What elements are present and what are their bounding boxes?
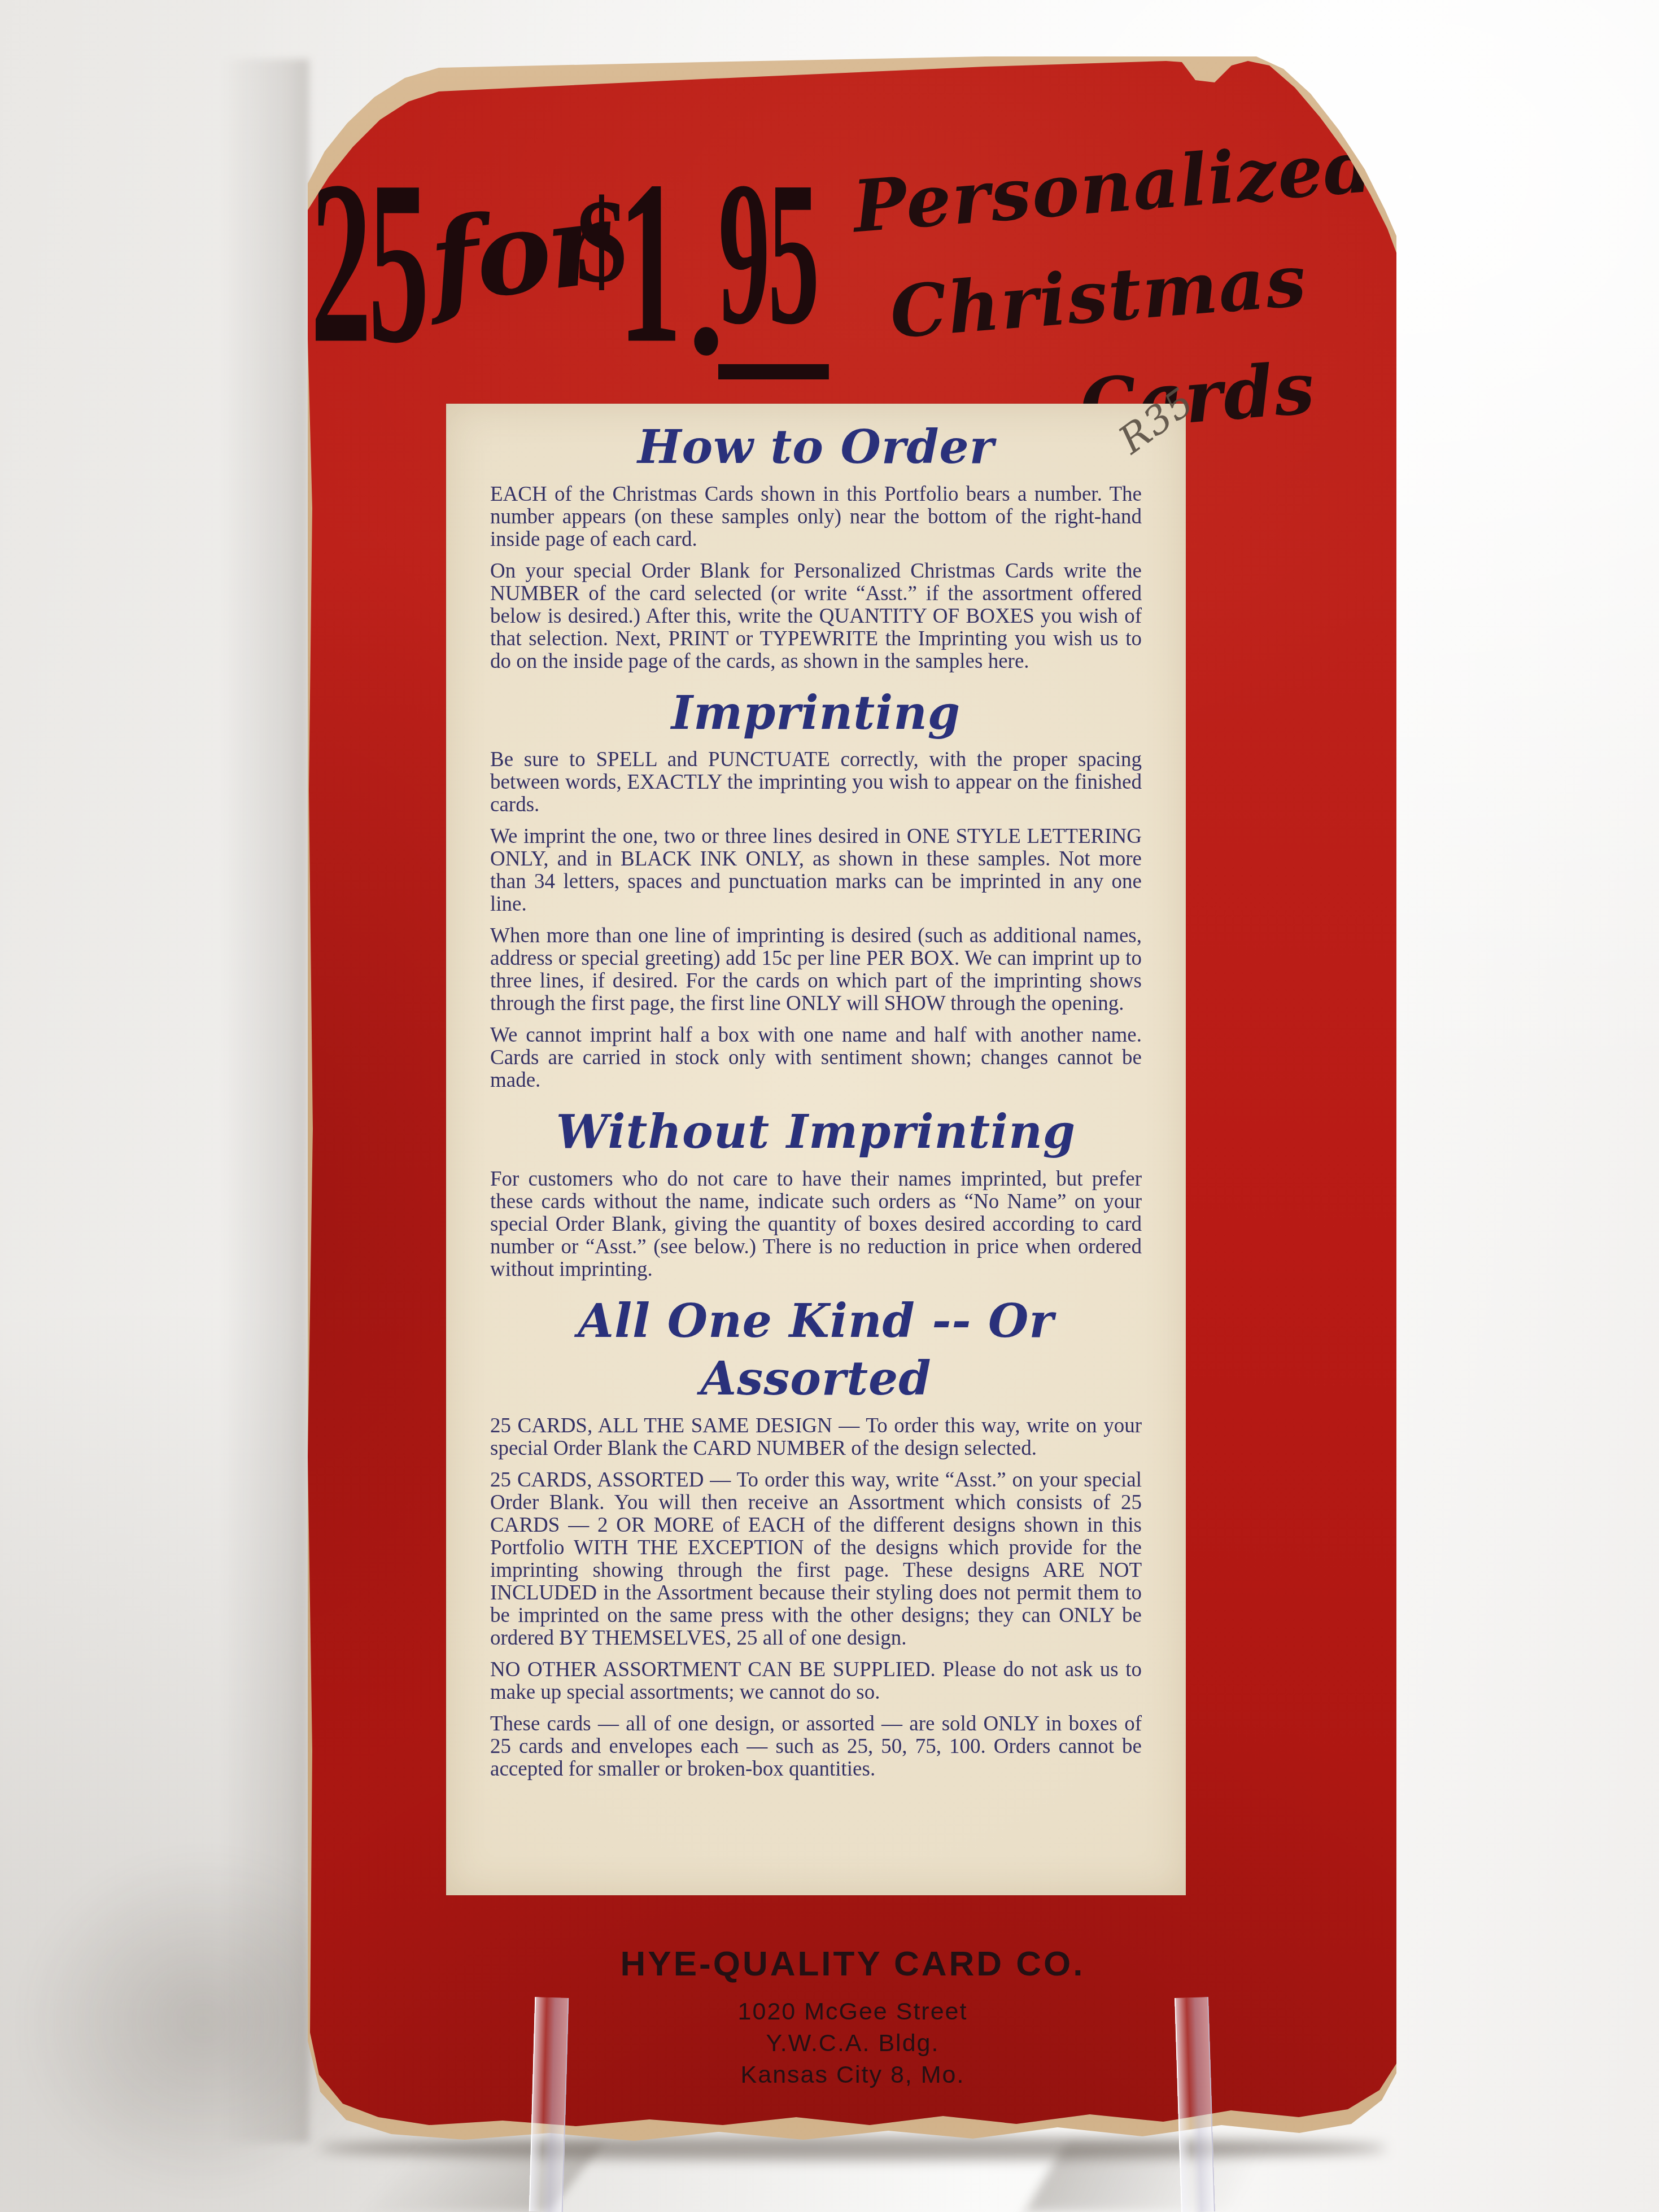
panel-paragraph: We imprint the one, two or three lines d… — [490, 825, 1142, 916]
company-address-line: 1020 McGee Street — [449, 1996, 1256, 2028]
price-cents-underlined: 95 — [718, 151, 829, 379]
company-address-line: Y.W.C.A. Bldg. — [449, 2028, 1256, 2060]
company-name: HYE-QUALITY CARD CO. — [449, 1947, 1256, 1982]
section-heading-all-one-kind: All One Kind -- Or Assorted — [490, 1292, 1142, 1408]
panel-paragraph: For customers who do not care to have th… — [490, 1168, 1142, 1281]
panel-paragraph: We cannot imprint half a box with one na… — [490, 1024, 1142, 1092]
display-stand-prong-right — [1175, 1997, 1215, 2212]
backdrop-shadow-left — [221, 59, 309, 2143]
panel-paragraph: Be sure to SPELL and PUNCTUATE correctly… — [490, 749, 1142, 816]
section-heading-without-imprinting: Without Imprinting — [490, 1103, 1142, 1161]
panel-paragraph: These cards — all of one design, or asso… — [490, 1713, 1142, 1781]
panel-paragraph: On your special Order Blank for Personal… — [490, 560, 1142, 673]
red-cover-surface: 25 for $ 1 . 95 Personalized Christmas C… — [308, 56, 1396, 2145]
photo-backdrop: 25 for $ 1 . 95 Personalized Christmas C… — [0, 0, 1659, 2212]
instructions-panel: How to Order EACH of the Christmas Cards… — [446, 404, 1186, 1895]
panel-paragraph: 25 CARDS, ALL THE SAME DESIGN — To order… — [490, 1415, 1142, 1460]
company-address-line: Kansas City 8, Mo. — [449, 2060, 1256, 2091]
section-heading-imprinting: Imprinting — [490, 684, 1142, 742]
panel-paragraph: When more than one line of imprinting is… — [490, 925, 1142, 1015]
panel-paragraph: EACH of the Christmas Cards shown in thi… — [490, 483, 1142, 551]
stand-shadow-right — [1025, 2144, 1267, 2212]
publisher-block: HYE-QUALITY CARD CO. 1020 McGee Street Y… — [449, 1947, 1256, 2091]
section-heading-how-to-order: How to Order — [490, 418, 1142, 477]
price-dollars: 1 — [618, 145, 682, 379]
panel-paragraph: NO OTHER ASSORTMENT CAN BE SUPPLIED. Ple… — [490, 1659, 1142, 1704]
portfolio-back-cover: 25 for $ 1 . 95 Personalized Christmas C… — [308, 56, 1396, 2145]
display-stand-prong-left — [529, 1997, 569, 2212]
panel-paragraph: 25 CARDS, ASSORTED — To order this way, … — [490, 1469, 1142, 1650]
price-quantity: 25 — [311, 145, 426, 379]
